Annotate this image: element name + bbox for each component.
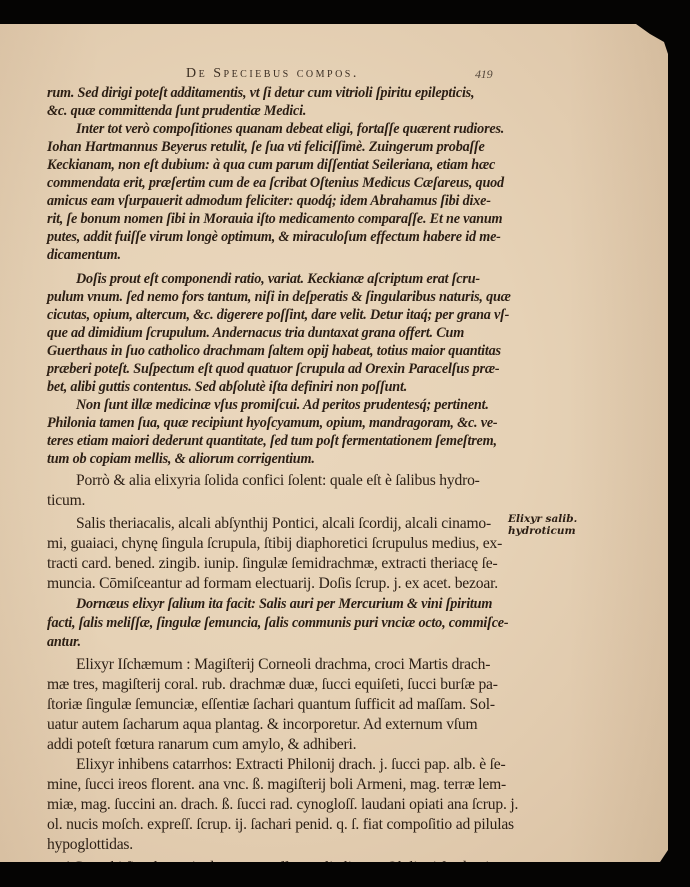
text-line: Porrò & alia elixyria ſolida confici ſol… [76,473,480,489]
text-line: Doſis prout eſt componendi ratio, variat… [76,272,480,286]
signature-mark: iii 3 [340,882,358,887]
text-line: Salis theriacalis, alcali abſynthij Pont… [76,516,491,532]
text-line: putes, addit fuiſſe virum longè optimum,… [47,230,501,244]
text-line: commendata erit, præſertim cum de ea ſcr… [47,176,504,190]
text-line: rum. Sed dirigi poteſt additamentis, vt … [47,86,474,100]
text-line: mæ tres, magiſterij coral. rub. drachmæ … [47,677,498,693]
catchword: per [452,882,467,887]
text-line: pulum vnum. ſed nemo fors tantum, niſi i… [47,290,511,304]
text-line: hypoglottidas. [47,837,133,853]
text-line: Keckianam, non eſt dubium: à qua cum par… [47,158,495,172]
margin-note: Elixyr salib. hydroticum [508,514,577,537]
margin-note-line: hydroticum [508,526,577,538]
text-line: ( Catarrhi ſimul auerti ad tergum poſſun… [64,860,489,876]
text-line: que ad dimidium ſcrupulum. Andernacus tr… [47,326,464,340]
text-line: teres etiam maiori dederunt quantitate, … [47,434,497,448]
text-line: ticum. [47,493,85,509]
text-line: miæ, mag. ſuccini an. drach. ß. ſucci ra… [47,797,518,813]
text-line: cicutas, opium, altercum, &c. digerere p… [47,308,509,322]
text-line: Iohan Hartmannus Beyerus retulit, ſe ſua… [47,140,485,154]
book-page: De Speciebus compos. 419 rum. Sed dirigi… [0,24,668,862]
text-line: Guerthaus in ſuo catholico drachmam ſalt… [47,344,501,358]
text-line: Elixyr inhibens catarrhos: Extracti Phil… [76,757,506,773]
text-line: ol. nucis moſch. expreſſ. ſcrup. ij. ſac… [47,817,514,833]
text-line: Inter tot verò compoſitiones quanam debe… [76,122,504,136]
text-line: amicus eam vſurpauerit admodum feliciter… [47,194,491,208]
text-line: Elixyr Iſchæmum : Magiſterij Corneoli dr… [76,657,490,673]
text-line: muncia. Cōmiſceantur ad formam electuari… [47,576,498,592]
text-line: mi, guaiaci, chynę ſingula ſcrupula, ſti… [47,536,502,552]
margin-note-line: Elixyr salib. [508,514,577,526]
text-line: bet, alibi guttis contentus. Sed abſolut… [47,380,407,394]
text-line: tracti card. bened. zingib. iunip. ſingu… [47,556,498,572]
text-line: præberi poteſt. Suſpectum eſt quod quatu… [47,362,499,376]
text-line: uatur autem ſacharum aqua plantag. & inc… [47,717,477,733]
running-head: De Speciebus compos. [186,67,359,81]
text-line: Philonia tamen ſua, quæ recipiunt hyoſcy… [47,416,497,430]
text-line: tum ob copiam mellis, & aliorum corrigen… [47,452,315,466]
text-line: ſtoriæ ſingulæ ſemunciæ, eſſentiæ ſachar… [47,697,495,713]
text-line: rit, ſe bonum nomen ſibi in Morauia iſto… [47,212,502,226]
page-number: 419 [475,68,492,80]
text-line: addi poteſt fœtura ranarum cum amylo, & … [47,737,356,753]
text-line: antur. [47,635,81,649]
text-line: Non ſunt illæ medicinæ vſus promiſcui. A… [76,398,489,412]
text-line: Dornæus elixyr ſalium ita facit: Salis a… [76,597,492,611]
text-line: dicamentum. [47,248,121,262]
text-line: &c. quæ committenda ſunt prudentiæ Medic… [47,104,306,118]
text-line: mine, ſucci ireos florent. ana vnc. ß. m… [47,777,506,793]
text-line: facti, ſalis meliſſæ, ſingulæ ſemuncia, … [47,616,508,630]
